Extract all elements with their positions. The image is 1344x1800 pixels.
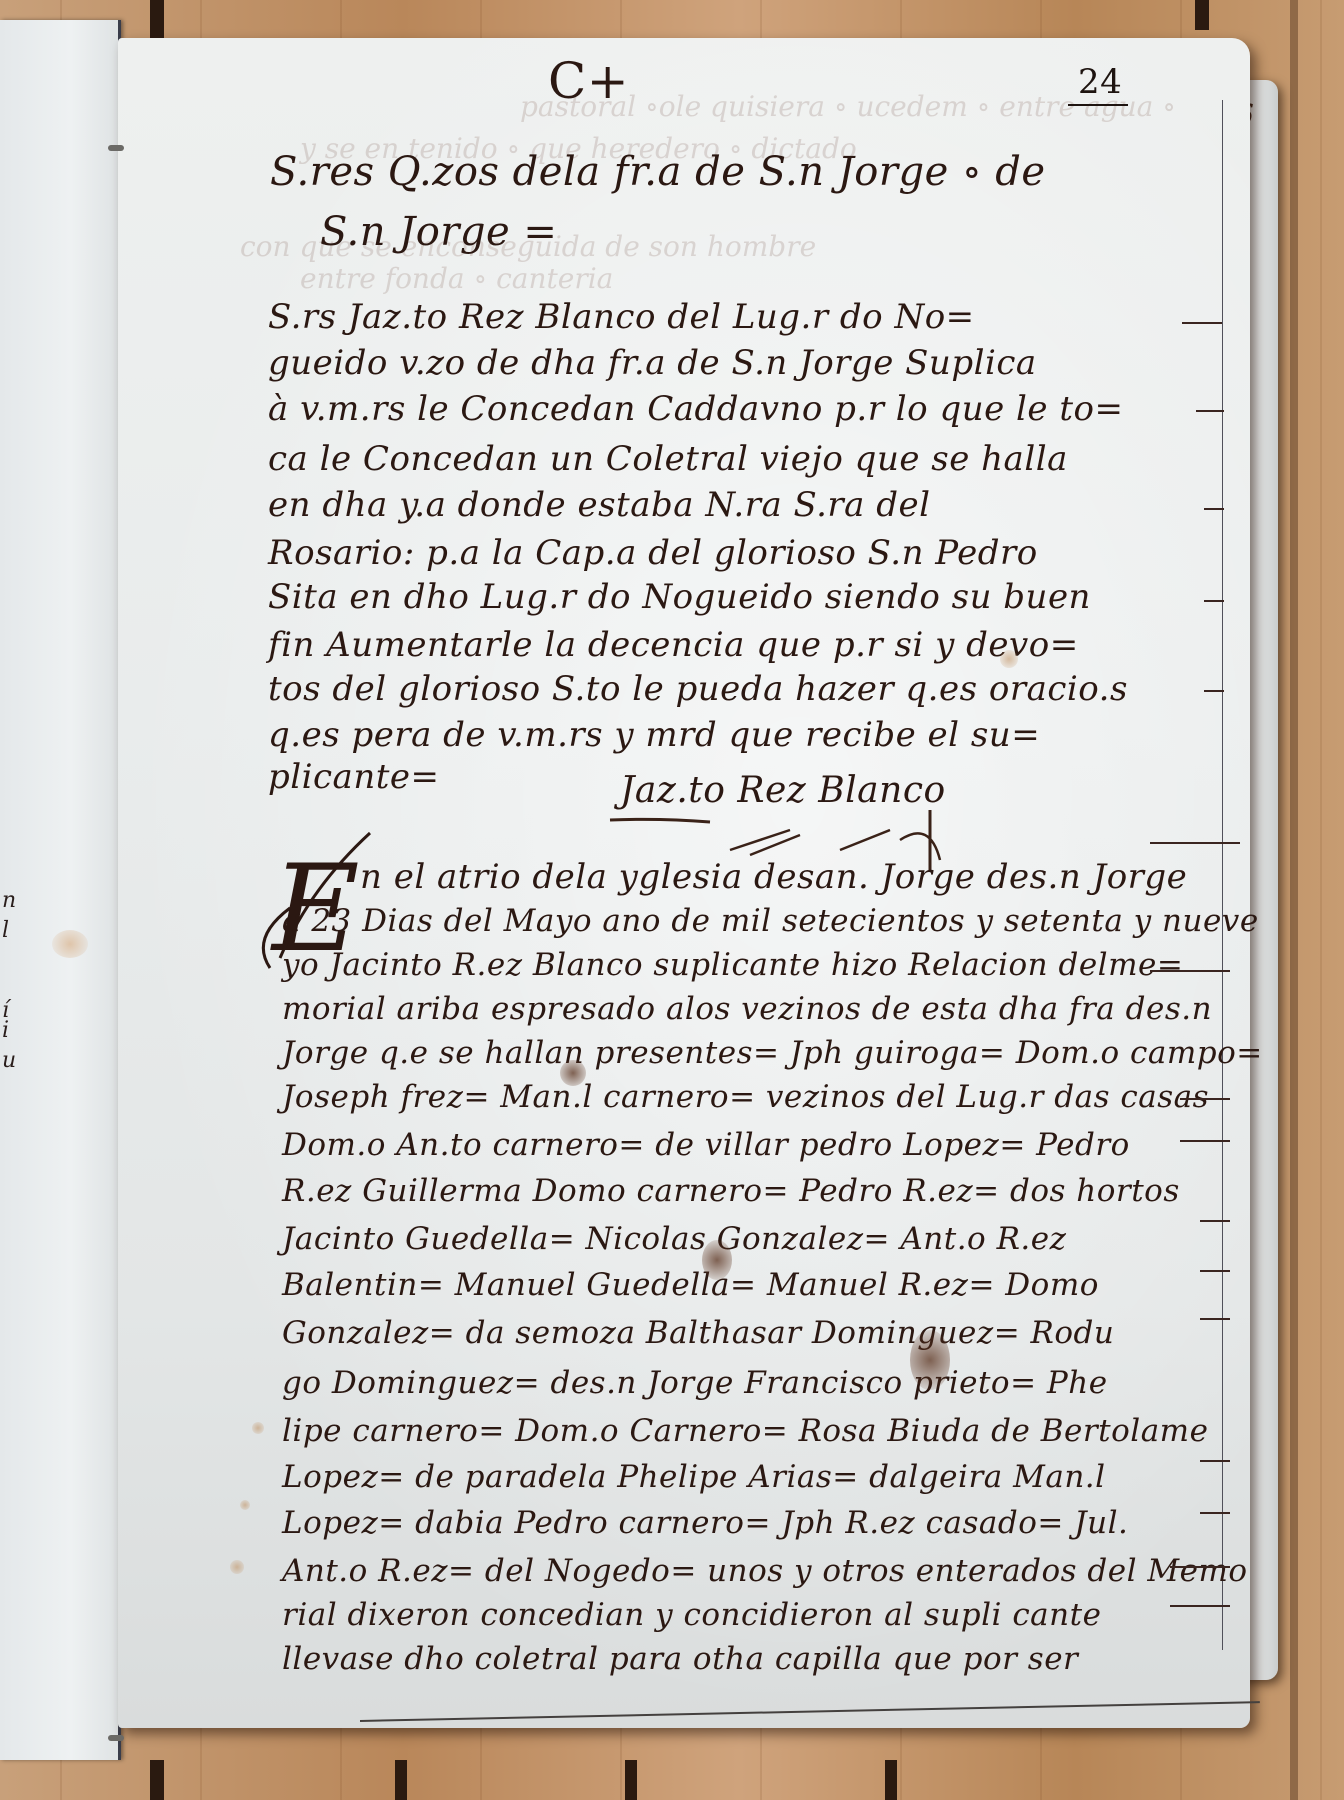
line-filler-dash [1180,1140,1230,1142]
petition-line: S.rs Jaz.to Rez Blanco del Lug.r do No= [268,300,975,334]
line-filler-dash [1200,1512,1230,1514]
record-line: n el atrio dela yglesia desan. Jorge des… [360,860,1187,894]
line-filler-dash [1200,1270,1230,1272]
table-plank-gap [150,0,164,40]
record-line: Gonzalez= da semoza Balthasar Dominguez=… [282,1318,1114,1349]
header-cross-mark: C+ [548,52,629,110]
table-plank-gap [885,1760,897,1800]
left-margin-fragment: n [2,890,16,912]
line-filler-dash [1170,1605,1230,1607]
record-line: Dom.o An.to carnero= de villar pedro Lop… [282,1130,1130,1161]
petition-line: Sita en dho Lug.r do Nogueido siendo su … [268,580,1091,614]
petition-line: tos del glorioso S.to le pueda hazer q.e… [268,672,1128,706]
petition-line: plicante= [268,760,440,794]
left-margin-fragment: i [2,1020,9,1042]
record-line: Lopez= dabia Pedro carnero= Jph R.ez cas… [282,1508,1128,1539]
petition-line: à v.m.rs le Concedan Caddavno p.r lo que… [268,392,1123,426]
table-plank-gap [1290,0,1298,1800]
bleed-through-text: entre fonda ∘ canteria [300,262,613,295]
binding-stitch [108,145,124,151]
record-line: rial dixeron concedian y concidieron al … [282,1600,1101,1631]
line-filler-dash [1180,1098,1230,1100]
binding-stitch [108,1735,124,1741]
record-line: morial ariba espresado alos vezinos de e… [282,994,1212,1025]
petition-heading: S.res Q.zos dela fr.a de S.n Jorge ∘ de [270,152,1046,192]
line-filler-dash [1200,1460,1230,1462]
ink-blot [702,1240,732,1280]
petition-line: ca le Concedan un Coletral viejo que se … [268,442,1068,476]
record-line: go Dominguez= des.n Jorge Francisco prie… [282,1368,1108,1399]
record-line: Jacinto Guedella= Nicolas Gonzalez= Ant.… [282,1224,1066,1255]
line-filler-dash [1204,600,1224,602]
record-line: a 23 Dias del Mayo ano de mil seteciento… [282,906,1259,937]
table-plank-gap [625,1760,637,1800]
line-filler-dash [1196,410,1224,412]
table-plank-gap [150,1760,164,1800]
petition-line: gueido v.zo de dha fr.a de S.n Jorge Sup… [268,346,1037,380]
paper-stain [52,930,88,958]
folio-number: 24 [1068,62,1128,106]
record-line: Joseph frez= Man.l carnero= vezinos del … [282,1082,1209,1113]
line-filler-dash [1182,322,1222,324]
record-line: Ant.o R.ez= del Nogedo= unos y otros ent… [282,1556,1248,1587]
ink-blot [560,1060,586,1086]
line-filler-dash [1150,970,1230,972]
foxing-spot [230,1560,244,1574]
petition-line: Rosario: p.a la Cap.a del glorioso S.n P… [268,536,1038,570]
petition-line: q.es pera de v.m.rs y mrd que recibe el … [268,718,1040,752]
left-margin-fragment: l [2,920,9,942]
table-plank-gap [395,1760,407,1800]
record-line: lipe carnero= Dom.o Carnero= Rosa Biuda … [282,1416,1208,1447]
record-line: R.ez Guillerma Domo carnero= Pedro R.ez=… [282,1176,1180,1207]
line-filler-dash [1204,508,1224,510]
record-line: llevase dho coletral para otha capilla q… [282,1644,1078,1675]
line-filler-dash [1150,842,1240,844]
petition-line: fin Aumentarle la decencia que p.r si y … [268,628,1079,662]
foxing-spot [240,1500,250,1510]
ink-blot [910,1330,950,1390]
record-line: Jorge q.e se hallan presentes= Jph guiro… [282,1038,1263,1069]
margin-rule [1222,100,1223,1650]
foxing-spot [1000,650,1018,668]
petition-heading-sub: S.n Jorge = [320,212,557,252]
foxing-spot [252,1422,264,1434]
record-line: Balentin= Manuel Guedella= Manuel R.ez= … [282,1270,1099,1301]
line-filler-dash [1200,1318,1230,1320]
record-line: yo Jacinto R.ez Blanco suplicante hizo R… [282,950,1183,981]
left-facing-page: n l í i u [0,20,121,1760]
record-line: Lopez= de paradela Phelipe Arias= dalgei… [282,1462,1106,1493]
petition-line: en dha y.a donde estaba N.ra S.ra del [268,488,931,522]
line-filler-dash [1170,1566,1230,1568]
left-margin-fragment: u [2,1050,16,1072]
line-filler-dash [1204,690,1224,692]
line-filler-dash [1200,1220,1230,1222]
table-plank-gap [1195,0,1209,30]
